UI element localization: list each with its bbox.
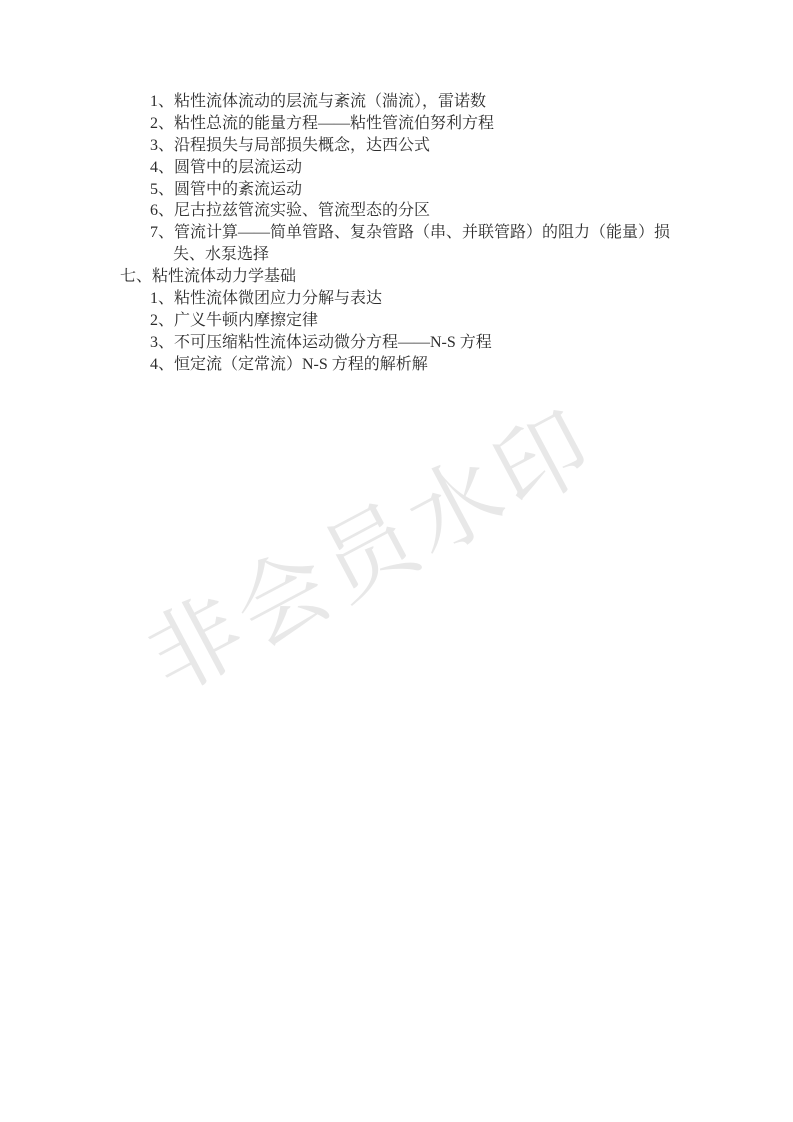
outline-line: 6、尼古拉兹管流实验、管流型态的分区	[150, 200, 793, 222]
outline-line: 3、沿程损失与局部损失概念，达西公式	[150, 135, 793, 157]
outline-line: 3、不可压缩粘性流体运动微分方程——N-S 方程	[150, 332, 793, 354]
watermark-text: 非会员水印	[114, 377, 629, 727]
outline-line: 4、圆管中的层流运动	[150, 157, 793, 179]
outline-line: 1、粘性流体流动的层流与紊流（湍流），雷诺数	[150, 91, 793, 113]
outline-line: 2、广义牛顿内摩擦定律	[150, 310, 793, 332]
outline-line: 1、粘性流体微团应力分解与表达	[150, 288, 793, 310]
outline-line: 7、管流计算——简单管路、复杂管路（串、并联管路）的阻力（能量）损	[150, 222, 793, 244]
outline-section-heading: 七、粘性流体动力学基础	[120, 266, 793, 288]
document-page: 非会员水印 1、粘性流体流动的层流与紊流（湍流），雷诺数 2、粘性总流的能量方程…	[0, 0, 793, 1122]
outline-line: 5、圆管中的紊流运动	[150, 179, 793, 201]
document-body: 1、粘性流体流动的层流与紊流（湍流），雷诺数 2、粘性总流的能量方程——粘性管流…	[0, 91, 793, 376]
outline-line: 2、粘性总流的能量方程——粘性管流伯努利方程	[150, 113, 793, 135]
outline-line: 4、恒定流（定常流）N-S 方程的解析解	[150, 354, 793, 376]
outline-line-continuation: 失、水泵选择	[173, 244, 793, 266]
